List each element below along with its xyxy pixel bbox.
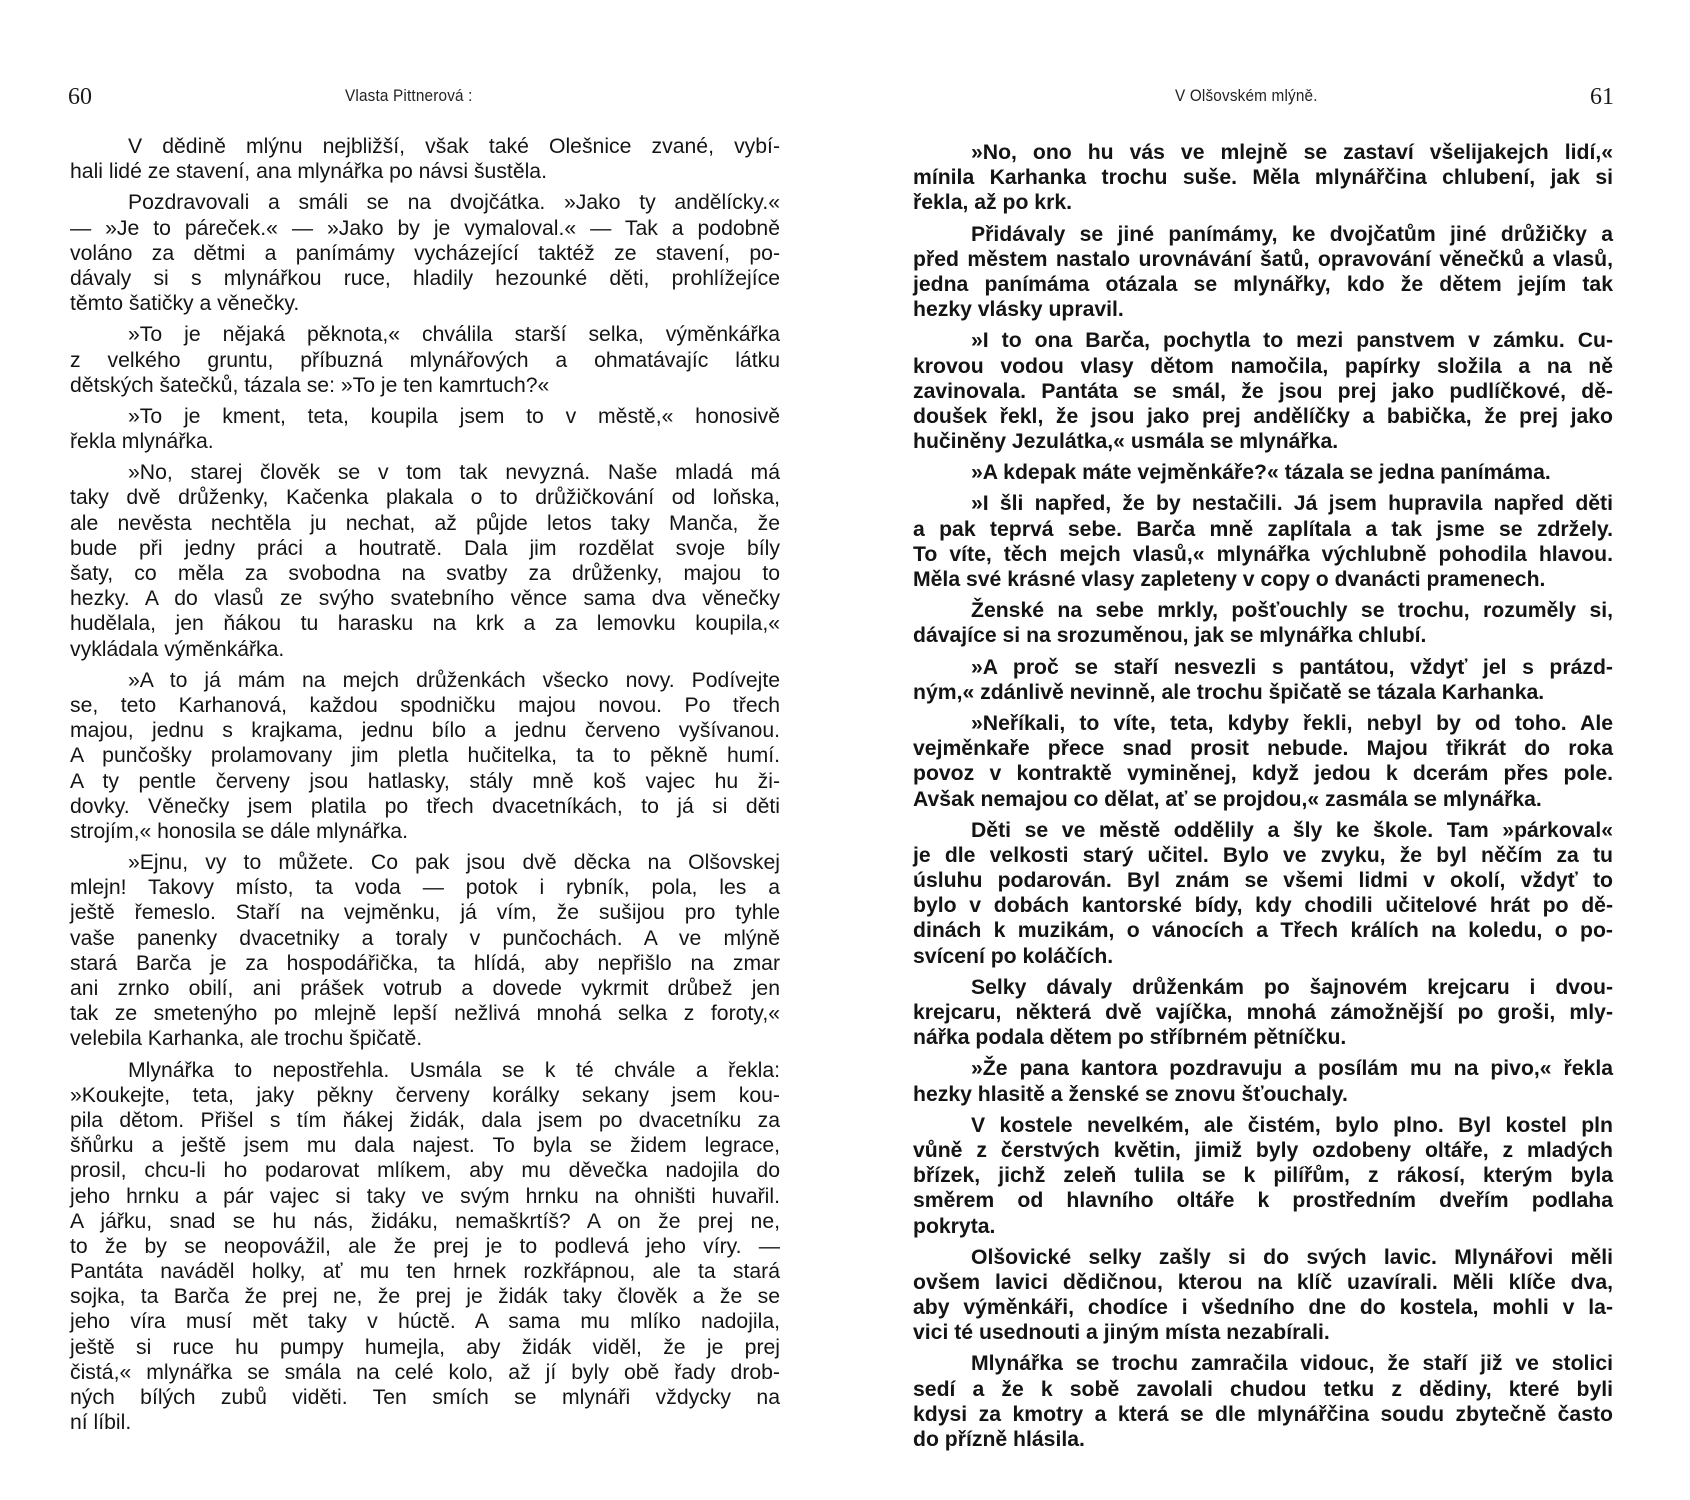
- text-line: jeho hrnku a pár vajec si taky ve svým h…: [70, 1184, 780, 1209]
- paragraph: »A to já mám na mejch drůženkách všecko …: [70, 668, 780, 844]
- text-line: Měla své krásné vlasy zapleteny v copy o…: [913, 567, 1613, 592]
- text-line: ale nevěsta nechtěla ju nechat, až půjde…: [70, 511, 780, 536]
- text-line: vici té usednouti a jiným místa nezabíra…: [913, 1320, 1613, 1345]
- line-text: — »Je to páreček.« — »Jako by je vymalov…: [70, 216, 780, 241]
- line-text: ani zrnko obilí, ani prášek votrub a dov…: [70, 976, 780, 1001]
- paragraph: »To je nějaká pěknota,« chválila starší …: [70, 322, 780, 398]
- text-line: to že by se neopovážil, ale že prej je t…: [70, 1234, 780, 1259]
- line-text: se, teto Karhanová, každou spodničku maj…: [70, 693, 780, 718]
- text-line: Ženské na sebe mrkly, pošťouchly se troc…: [913, 598, 1613, 623]
- text-line: vykládala výměnkářka.: [70, 637, 780, 662]
- text-line: hudělala, jen ňákou tu harasku na krk a …: [70, 611, 780, 636]
- text-line: Mlynářka to nepostřehla. Usmála se k té …: [70, 1058, 780, 1083]
- line-text: dinách k muzikám, o vánocích a Třech krá…: [913, 918, 1613, 943]
- line-text: vůně z čerstvých květin, jimiž byly ozdo…: [913, 1138, 1613, 1163]
- line-text: voláno za dětmi a panímámy vycházející t…: [70, 241, 780, 266]
- line-text: dávajíce si na srozuměnou, jak se mlynář…: [913, 623, 1613, 648]
- text-line: Mlynářka se trochu zamračila vidouc, že …: [913, 1351, 1613, 1376]
- paragraph: Pozdravovali a smáli se na dvojčátka. »J…: [70, 190, 780, 316]
- text-line: se, teto Karhanová, každou spodničku maj…: [70, 693, 780, 718]
- text-line: »A kdepak máte vejměnkáře?« tázala se je…: [913, 460, 1613, 485]
- line-text: ještě si ruce hu pumpy humejla, aby židá…: [70, 1335, 780, 1360]
- text-line: ným,« zdánlivě nevinně, ale trochu špiča…: [913, 680, 1613, 705]
- paragraph: V kostele nevelkém, ale čistém, bylo pln…: [913, 1113, 1613, 1239]
- line-text: Olšovické selky zašly si do svých lavic.…: [913, 1245, 1613, 1270]
- paragraph: Přidávaly se jiné panímámy, ke dvojčatům…: [913, 222, 1613, 323]
- line-text: A ty pentle červeny jsou hatlasky, stály…: [70, 769, 780, 794]
- line-text: je dle velkosti starý učitel. Bylo ve zv…: [913, 843, 1613, 868]
- line-text: ní líbil.: [70, 1410, 780, 1435]
- text-line: hali lidé ze stavení, ana mlynářka po ná…: [70, 159, 780, 184]
- line-text: sedí a že k sobě zavolali chudou tetku z…: [913, 1377, 1613, 1402]
- line-text: »Ejnu, vy to můžete. Co pak jsou dvě děc…: [70, 850, 780, 875]
- line-text: hezky hlasitě a ženské se znovu šťouchal…: [913, 1082, 1613, 1107]
- line-text: před městem nastalo urovnávání šatů, opr…: [913, 247, 1613, 272]
- text-line: tak ze smetenýho po mlejně lepší nežlivá…: [70, 1001, 780, 1026]
- text-line: aby výměnkáři, chodíce i všedního dne do…: [913, 1295, 1613, 1320]
- text-line: sojka, ta Barča že prej ne, že prej je ž…: [70, 1284, 780, 1309]
- line-text: jeho hrnku a pár vajec si taky ve svým h…: [70, 1184, 780, 1209]
- right-page: V Olšovském mlýně. 61 »No, ono hu vás ve…: [845, 0, 1690, 1500]
- text-line: Pozdravovali a smáli se na dvojčátka. »J…: [70, 190, 780, 215]
- text-line: kdysi za kmotry a která se dle mlynářčin…: [913, 1402, 1613, 1427]
- line-text: zavinovala. Pantáta se smál, že jsou pre…: [913, 379, 1613, 404]
- paragraph: Mlynářka to nepostřehla. Usmála se k té …: [70, 1058, 780, 1436]
- paragraph: Olšovické selky zašly si do svých lavic.…: [913, 1245, 1613, 1346]
- text-line: do přízně hlásila.: [913, 1427, 1613, 1452]
- line-text: V kostele nevelkém, ale čistém, bylo pln…: [913, 1113, 1613, 1138]
- text-line: šňůrku a ještě jsem mu dala najest. To b…: [70, 1133, 780, 1158]
- line-text: Pantáta naváděl holky, ať mu ten hrnek r…: [70, 1259, 780, 1284]
- text-line: hezky hlasitě a ženské se znovu šťouchal…: [913, 1082, 1613, 1107]
- line-text: mlejn! Takovy místo, ta voda — potok i r…: [70, 875, 780, 900]
- left-page: 60 Vlasta Pittnerová : V dědině mlýnu ne…: [0, 0, 845, 1500]
- text-line: mínila Karhanka trochu suše. Měla mlynář…: [913, 165, 1613, 190]
- text-line: hezky. A do vlasů ze svýho svatebního vě…: [70, 586, 780, 611]
- text-line: ných bílých zubů viděti. Ten smích se ml…: [70, 1385, 780, 1410]
- text-line: Přidávaly se jiné panímámy, ke dvojčatům…: [913, 222, 1613, 247]
- text-line: povoz v kontraktě vyminěnej, když jedou …: [913, 761, 1613, 786]
- line-text: pokryta.: [913, 1214, 1613, 1239]
- text-line: břízek, jichž zeleň tulila se k pilířům,…: [913, 1163, 1613, 1188]
- text-line: krejcaru, některá dvě vajíčka, mnohá zám…: [913, 1000, 1613, 1025]
- line-text: svícení po koláčích.: [913, 944, 1613, 969]
- paragraph: V dědině mlýnu nejbližší, však také Oleš…: [70, 134, 780, 184]
- text-line: To víte, těch mejch vlasů,« mlynářka výc…: [913, 542, 1613, 567]
- running-head: Vlasta Pittnerová :: [345, 86, 473, 106]
- line-text: stará Barča je za hospodářička, ta hlídá…: [70, 951, 780, 976]
- line-text: hudělala, jen ňákou tu harasku na krk a …: [70, 611, 780, 636]
- paragraph: »No, ono hu vás ve mlejně se zastaví vše…: [913, 140, 1613, 216]
- line-text: úsluhu podarován. Byl znám se všemi lidm…: [913, 868, 1613, 893]
- line-text: řekla mlynářka.: [70, 429, 780, 454]
- line-text: do přízně hlásila.: [913, 1427, 1613, 1452]
- text-line: svícení po koláčích.: [913, 944, 1613, 969]
- paragraph: »A proč se staří nesvezli s pantátou, vž…: [913, 655, 1613, 705]
- text-line: A ty pentle červeny jsou hatlasky, stály…: [70, 769, 780, 794]
- line-text: Pozdravovali a smáli se na dvojčátka. »J…: [70, 190, 780, 215]
- line-text: směrem od hlavního oltáře k prostředním …: [913, 1188, 1613, 1213]
- text-column: V dědině mlýnu nejbližší, však také Oleš…: [70, 134, 780, 1435]
- text-line: ještě si ruce hu pumpy humejla, aby židá…: [70, 1335, 780, 1360]
- line-text: to že by se neopovážil, ale že prej je t…: [70, 1234, 780, 1259]
- line-text: ještě řemeslo. Staří na vejměnku, já vím…: [70, 900, 780, 925]
- text-line: Avšak nemajou co dělat, ať se projdou,« …: [913, 787, 1613, 812]
- paragraph: »No, starej člověk se v tom tak nevyzná.…: [70, 460, 780, 662]
- line-text: »Že pana kantora pozdravuju a posílám mu…: [913, 1056, 1613, 1081]
- text-line: dinách k muzikám, o vánocích a Třech krá…: [913, 918, 1613, 943]
- text-line: »A to já mám na mejch drůženkách všecko …: [70, 668, 780, 693]
- line-text: majou, jednu s krajkama, jednu bílo a je…: [70, 718, 780, 743]
- text-line: prosil, chcu-li ho podarovat mlíkem, aby…: [70, 1158, 780, 1183]
- line-text: »To je kment, teta, koupila jsem to v mě…: [70, 404, 780, 429]
- line-text: čistá,« mlynářka se smála na celé kolo, …: [70, 1360, 780, 1385]
- line-text: šňůrku a ještě jsem mu dala najest. To b…: [70, 1133, 780, 1158]
- line-text: ným,« zdánlivě nevinně, ale trochu špiča…: [913, 680, 1613, 705]
- text-line: majou, jednu s krajkama, jednu bílo a je…: [70, 718, 780, 743]
- line-text: hali lidé ze stavení, ana mlynářka po ná…: [70, 159, 780, 184]
- line-text: z velkého gruntu, příbuzná mlynářových a…: [70, 348, 780, 373]
- text-line: hezky vlásky upravil.: [913, 297, 1613, 322]
- line-text: Mlynářka to nepostřehla. Usmála se k té …: [70, 1058, 780, 1083]
- line-text: vaše panenky dvacetniky a toraly v punčo…: [70, 926, 780, 951]
- text-line: zavinovala. Pantáta se smál, že jsou pre…: [913, 379, 1613, 404]
- line-text: A punčošky prolamovany jim pletla hučite…: [70, 743, 780, 768]
- line-text: »A kdepak máte vejměnkáře?« tázala se je…: [913, 460, 1613, 485]
- text-column: »No, ono hu vás ve mlejně se zastaví vše…: [913, 140, 1613, 1452]
- line-text: krejcaru, některá dvě vajíčka, mnohá zám…: [913, 1000, 1613, 1025]
- text-line: »A proč se staří nesvezli s pantátou, vž…: [913, 655, 1613, 680]
- line-text: Měla své krásné vlasy zapleteny v copy o…: [913, 567, 1613, 592]
- line-text: Ženské na sebe mrkly, pošťouchly se troc…: [913, 598, 1613, 623]
- line-text: Avšak nemajou co dělat, ať se projdou,« …: [913, 787, 1613, 812]
- line-text: hezky. A do vlasů ze svýho svatebního vě…: [70, 586, 780, 611]
- line-text: krovou vodou vlasy dětom namočila, papír…: [913, 354, 1613, 379]
- text-line: — »Je to páreček.« — »Jako by je vymalov…: [70, 216, 780, 241]
- text-line: z velkého gruntu, příbuzná mlynářových a…: [70, 348, 780, 373]
- line-text: »I šli napřed, že by nestačili. Já jsem …: [913, 491, 1613, 516]
- line-text: kdysi za kmotry a která se dle mlynářčin…: [913, 1402, 1613, 1427]
- line-text: taky dvě drůženky, Kačenka plakala o to …: [70, 485, 780, 510]
- text-line: »Že pana kantora pozdravuju a posílám mu…: [913, 1056, 1613, 1081]
- text-line: úsluhu podarován. Byl znám se všemi lidm…: [913, 868, 1613, 893]
- text-line: je dle velkosti starý učitel. Bylo ve zv…: [913, 843, 1613, 868]
- text-line: krovou vodou vlasy dětom namočila, papír…: [913, 354, 1613, 379]
- line-text: Děti se ve městě oddělily a šly ke škole…: [913, 818, 1613, 843]
- text-line: velebila Karhanka, ale trochu špičatě.: [70, 1026, 780, 1051]
- line-text: dávaly si s mlynářkou ruce, hladily hezo…: [70, 266, 780, 291]
- text-line: ani zrnko obilí, ani prášek votrub a dov…: [70, 976, 780, 1001]
- line-text: Selky dávaly drůženkám po šajnovém krejc…: [913, 975, 1613, 1000]
- line-text: vici té usednouti a jiným místa nezabíra…: [913, 1320, 1613, 1345]
- text-line: šaty, co měla za svobodna na svatby za d…: [70, 561, 780, 586]
- text-line: mlejn! Takovy místo, ta voda — potok i r…: [70, 875, 780, 900]
- line-text: ných bílých zubů viděti. Ten smích se ml…: [70, 1385, 780, 1410]
- line-text: doušek řekl, že jsou jako prej andělíčky…: [913, 404, 1613, 429]
- text-line: pila dětom. Přišel s tím ňákej židák, da…: [70, 1108, 780, 1133]
- text-line: dávaly si s mlynářkou ruce, hladily hezo…: [70, 266, 780, 291]
- line-text: »A to já mám na mejch drůženkách všecko …: [70, 668, 780, 693]
- line-text: V dědině mlýnu nejbližší, však také Oleš…: [70, 134, 780, 159]
- line-text: vejměnkaře přece snad prosit nebude. Maj…: [913, 736, 1613, 761]
- line-text: Mlynářka se trochu zamračila vidouc, že …: [913, 1351, 1613, 1376]
- line-text: »A proč se staří nesvezli s pantátou, vž…: [913, 655, 1613, 680]
- paragraph: »Ejnu, vy to můžete. Co pak jsou dvě děc…: [70, 850, 780, 1052]
- text-line: řekla mlynářka.: [70, 429, 780, 454]
- line-text: strojím,« honosila se dále mlynářka.: [70, 819, 780, 844]
- text-line: »I šli napřed, že by nestačili. Já jsem …: [913, 491, 1613, 516]
- paragraph: Ženské na sebe mrkly, pošťouchly se troc…: [913, 598, 1613, 648]
- text-line: V kostele nevelkém, ale čistém, bylo pln…: [913, 1113, 1613, 1138]
- line-text: »Neříkali, to víte, teta, kdyby řekli, n…: [913, 711, 1613, 736]
- text-line: »Koukejte, teta, jaky pěkny červeny korá…: [70, 1083, 780, 1108]
- text-line: jedna panímáma otázala se mlynářky, kdo …: [913, 272, 1613, 297]
- page-number: 61: [1590, 84, 1614, 111]
- text-line: před městem nastalo urovnávání šatů, opr…: [913, 247, 1613, 272]
- text-line: čistá,« mlynářka se smála na celé kolo, …: [70, 1360, 780, 1385]
- line-text: bude při jedny práci a houtratě. Dala ji…: [70, 536, 780, 561]
- text-line: A jářku, snad se hu nás, židáku, nemaškr…: [70, 1209, 780, 1234]
- paragraph: »A kdepak máte vejměnkáře?« tázala se je…: [913, 460, 1613, 485]
- line-text: tak ze smetenýho po mlejně lepší nežlivá…: [70, 1001, 780, 1026]
- line-text: »No, starej člověk se v tom tak nevyzná.…: [70, 460, 780, 485]
- line-text: »Koukejte, teta, jaky pěkny červeny korá…: [70, 1083, 780, 1108]
- text-line: »I to ona Barča, pochytla to mezi panstv…: [913, 328, 1613, 353]
- text-line: ovšem lavici dědičnou, kterou na klíč uz…: [913, 1270, 1613, 1295]
- text-line: ní líbil.: [70, 1410, 780, 1435]
- text-line: »No, ono hu vás ve mlejně se zastaví vše…: [913, 140, 1613, 165]
- line-text: »I to ona Barča, pochytla to mezi panstv…: [913, 328, 1613, 353]
- text-line: bude při jedny práci a houtratě. Dala ji…: [70, 536, 780, 561]
- paragraph: »I šli napřed, že by nestačili. Já jsem …: [913, 491, 1613, 592]
- line-text: nářka podala dětem po stříbrném pětníčku…: [913, 1025, 1613, 1050]
- running-head: V Olšovském mlýně.: [1175, 86, 1318, 106]
- line-text: břízek, jichž zeleň tulila se k pilířům,…: [913, 1163, 1613, 1188]
- text-line: taky dvě drůženky, Kačenka plakala o to …: [70, 485, 780, 510]
- text-line: nářka podala dětem po stříbrném pětníčku…: [913, 1025, 1613, 1050]
- text-line: pokryta.: [913, 1214, 1613, 1239]
- line-text: ale nevěsta nechtěla ju nechat, až půjde…: [70, 511, 780, 536]
- line-text: sojka, ta Barča že prej ne, že prej je ž…: [70, 1284, 780, 1309]
- line-text: hezky vlásky upravil.: [913, 297, 1613, 322]
- text-line: dávajíce si na srozuměnou, jak se mlynář…: [913, 623, 1613, 648]
- text-line: vejměnkaře přece snad prosit nebude. Maj…: [913, 736, 1613, 761]
- text-line: Olšovické selky zašly si do svých lavic.…: [913, 1245, 1613, 1270]
- line-text: dovky. Věnečky jsem platila po třech dva…: [70, 794, 780, 819]
- text-line: vůně z čerstvých květin, jimiž byly ozdo…: [913, 1138, 1613, 1163]
- text-line: vaše panenky dvacetniky a toraly v punčo…: [70, 926, 780, 951]
- line-text: pila dětom. Přišel s tím ňákej židák, da…: [70, 1108, 780, 1133]
- line-text: A jářku, snad se hu nás, židáku, nemaškr…: [70, 1209, 780, 1234]
- text-line: těmto šatičky a věnečky.: [70, 291, 780, 316]
- paragraph: Děti se ve městě oddělily a šly ke škole…: [913, 818, 1613, 969]
- line-text: »To je nějaká pěknota,« chválila starší …: [70, 322, 780, 347]
- text-line: ještě řemeslo. Staří na vejměnku, já vím…: [70, 900, 780, 925]
- text-line: »Ejnu, vy to můžete. Co pak jsou dvě děc…: [70, 850, 780, 875]
- paragraph: »Že pana kantora pozdravuju a posílám mu…: [913, 1056, 1613, 1106]
- line-text: hučiněny Jezulátka,« usmála se mlynářka.: [913, 429, 1613, 454]
- line-text: a pak teprvá sebe. Barča mně zaplítala a…: [913, 517, 1613, 542]
- line-text: řekla, až po krk.: [913, 190, 1613, 215]
- text-line: voláno za dětmi a panímámy vycházející t…: [70, 241, 780, 266]
- paragraph: Selky dávaly drůženkám po šajnovém krejc…: [913, 975, 1613, 1051]
- line-text: Přidávaly se jiné panímámy, ke dvojčatům…: [913, 222, 1613, 247]
- text-line: jeho víra musí mět taky v húctě. A sama …: [70, 1309, 780, 1334]
- text-line: dovky. Věnečky jsem platila po třech dva…: [70, 794, 780, 819]
- line-text: těmto šatičky a věnečky.: [70, 291, 780, 316]
- paragraph: »To je kment, teta, koupila jsem to v mě…: [70, 404, 780, 454]
- text-line: bylo v dobách kantorské bídy, kdy chodil…: [913, 893, 1613, 918]
- line-text: prosil, chcu-li ho podarovat mlíkem, aby…: [70, 1158, 780, 1183]
- page-number: 60: [68, 84, 92, 111]
- line-text: jedna panímáma otázala se mlynářky, kdo …: [913, 272, 1613, 297]
- text-line: a pak teprvá sebe. Barča mně zaplítala a…: [913, 517, 1613, 542]
- paragraph: Mlynářka se trochu zamračila vidouc, že …: [913, 1351, 1613, 1452]
- text-line: Pantáta naváděl holky, ať mu ten hrnek r…: [70, 1259, 780, 1284]
- line-text: velebila Karhanka, ale trochu špičatě.: [70, 1026, 780, 1051]
- text-line: sedí a že k sobě zavolali chudou tetku z…: [913, 1377, 1613, 1402]
- line-text: To víte, těch mejch vlasů,« mlynářka výc…: [913, 542, 1613, 567]
- line-text: jeho víra musí mět taky v húctě. A sama …: [70, 1309, 780, 1334]
- text-line: »To je nějaká pěknota,« chválila starší …: [70, 322, 780, 347]
- text-line: »To je kment, teta, koupila jsem to v mě…: [70, 404, 780, 429]
- text-line: doušek řekl, že jsou jako prej andělíčky…: [913, 404, 1613, 429]
- line-text: mínila Karhanka trochu suše. Měla mlynář…: [913, 165, 1613, 190]
- text-line: Děti se ve městě oddělily a šly ke škole…: [913, 818, 1613, 843]
- text-line: »Neříkali, to víte, teta, kdyby řekli, n…: [913, 711, 1613, 736]
- line-text: vykládala výměnkářka.: [70, 637, 780, 662]
- paragraph: »Neříkali, to víte, teta, kdyby řekli, n…: [913, 711, 1613, 812]
- text-line: směrem od hlavního oltáře k prostředním …: [913, 1188, 1613, 1213]
- text-line: Selky dávaly drůženkám po šajnovém krejc…: [913, 975, 1613, 1000]
- text-line: stará Barča je za hospodářička, ta hlídá…: [70, 951, 780, 976]
- text-line: A punčošky prolamovany jim pletla hučite…: [70, 743, 780, 768]
- line-text: ovšem lavici dědičnou, kterou na klíč uz…: [913, 1270, 1613, 1295]
- line-text: bylo v dobách kantorské bídy, kdy chodil…: [913, 893, 1613, 918]
- text-line: hučiněny Jezulátka,« usmála se mlynářka.: [913, 429, 1613, 454]
- line-text: aby výměnkáři, chodíce i všedního dne do…: [913, 1295, 1613, 1320]
- line-text: povoz v kontraktě vyminěnej, když jedou …: [913, 761, 1613, 786]
- text-line: řekla, až po krk.: [913, 190, 1613, 215]
- text-line: V dědině mlýnu nejbližší, však také Oleš…: [70, 134, 780, 159]
- line-text: »No, ono hu vás ve mlejně se zastaví vše…: [913, 140, 1613, 165]
- line-text: šaty, co měla za svobodna na svatby za d…: [70, 561, 780, 586]
- paragraph: »I to ona Barča, pochytla to mezi panstv…: [913, 328, 1613, 454]
- text-line: dětských šatečků, tázala se: »To je ten …: [70, 373, 780, 398]
- text-line: strojím,« honosila se dále mlynářka.: [70, 819, 780, 844]
- line-text: dětských šatečků, tázala se: »To je ten …: [70, 373, 780, 398]
- text-line: »No, starej člověk se v tom tak nevyzná.…: [70, 460, 780, 485]
